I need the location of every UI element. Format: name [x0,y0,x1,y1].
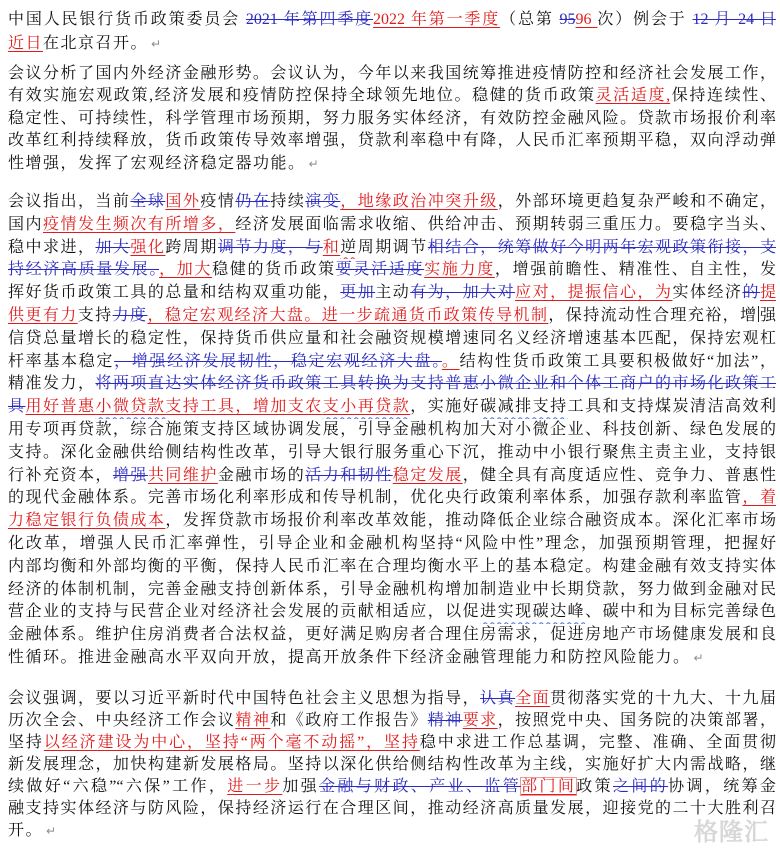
document-line: 坚持以经济建设为中心，坚持“两个毫不动摇”，坚持稳中求进工作总基调，完整、准确、… [8,732,776,754]
tracked-deletion[interactable]: 将两项直达实体经济货币政策工具转换为支持普惠小微企业和个体工商户的市场化政策工 [95,375,776,392]
document-line: 内部均衡和外部均衡的平衡，保持人民币汇率在合理均衡水平上的基本稳定。构建金融有效… [8,556,776,579]
tracked-insertion[interactable]: 稳定发展 [393,467,463,484]
document-line: 营企业的支持与民营企业对经济社会发展的贡献相适应，以促进实现碳达峰、碳中和为目标… [8,601,776,624]
tracked-insertion[interactable]: 灵活适度, [596,87,671,104]
text-run: 坚持 [8,734,44,751]
document-line: 信贷总量增长的稳定性，保持货币供应量和社会融资规模增速同名义经济增速基本匹配，保… [8,328,776,351]
text-run: 保持连续性、 [670,87,776,104]
spellcheck-squiggle[interactable]: 支小再贷款 [323,398,410,415]
tracked-deletion[interactable]: 具 [8,398,26,415]
tracked-deletion[interactable]: 要灵活适度 [336,261,424,278]
text-run: ，保持流动性合理充裕，增 [548,307,757,324]
text-run: 稳中求进工作总基调，完整、准确、全面贯彻 [420,734,776,751]
document-line: 性循环。推进金融高水平双向开放，提高开放条件下经济金融管理能力和防控风险能力。↵ [8,647,776,670]
tracked-insertion[interactable]: ，地缘政治冲突升级 [340,193,497,210]
tracked-insertion[interactable]: 近日 [8,35,43,52]
tracked-insertion[interactable]: 共同维护 [148,467,218,484]
tracked-insertion[interactable]: 支小再贷款 [323,398,410,415]
tracked-insertion[interactable]: ，加大 [159,261,212,278]
text-run: 用专项再贷款，综合施策支持区域协调发展，引导金融机构加大对小微企业、科技创新、绿… [8,421,776,438]
text-run: 和《政府工作报告》 [270,712,427,729]
tracked-insertion[interactable]: 全面 [515,690,550,707]
tracked-deletion[interactable]: 活力和韧性 [305,467,392,484]
tracked-insertion[interactable]: ，稳定宏观经济大盘。进一步疏通货币政策传导机制 [147,307,548,324]
tracked-deletion[interactable]: 有为，加大对 [410,284,515,301]
text-run: 融支持实体经济与防风险，保持经济运行在合理区间，推动经济高质量发展，迎接党的二十… [8,800,776,817]
text-run: 信贷总量增长的稳定性，保持货币供应量和社会融资规模增速同名义经济增速基本匹配，保… [8,330,776,347]
text-run: （总第 [500,11,559,28]
document-line: 续做好“六稳”“六保”工作，进一步加强金融与财政、产业、监管部门间政策之间的协调… [8,776,776,798]
text-run: 新发展理念，加快构建新发展格局。坚持以深化供给侧结构性改革为主线，实施好扩大内需… [8,756,776,773]
tracked-deletion[interactable]: 金融与财政、产业、监管 [319,778,521,795]
text-run: 、碳中和为目标完善绿色 [585,603,776,620]
document-line: 会议强调，要以习近平新时代中国特色社会主义思想为指导，认真全面贯彻落实党的十九大… [8,688,776,710]
text-run: 会议指出，当前 [8,193,130,210]
tracked-insertion[interactable]: 精神 [235,712,270,729]
tracked-insertion[interactable]: 2022 年第一季度 [373,11,500,28]
tracked-deletion[interactable]: 之间的 [613,778,668,795]
paragraph[interactable]: 会议强调，要以习近平新时代中国特色社会主义思想为指导，认真全面贯彻落实党的十九大… [8,688,776,842]
tracked-deletion[interactable]: 力度 [113,307,148,324]
text-run: 主动 [375,284,410,301]
document-line: 国内疫情发生频次有所增多，经济发展面临需求收缩、供给冲击、预期转弱三重压力。要稳… [8,214,776,237]
text-run: 历次全会、中央经济工作会议 [8,712,235,729]
text-run: 协调，统筹金 [668,778,776,795]
document-page: 中国人民银行货币政策委员会 2021 年第四季度2022 年第一季度（总第 95… [0,0,780,851]
text-run: 金融市场的 [218,467,305,484]
text-run: 持续 [270,193,305,210]
tracked-deletion[interactable]: 演变 [305,193,340,210]
tracked-deletion[interactable]: 95 [560,11,576,28]
document-line: 经济的体制机制，完善金融支持创新体系，引导金融机构增加制造业中长期贷款，努力做到… [8,579,776,602]
tracked-insertion[interactable]: 部门间 [521,778,576,795]
document-line: 挥好货币政策工具的总量和结构双重功能，更加主动有为，加大对应对，提振信心，为实体… [8,282,776,305]
document-line: 金融体系。维护住房消费者合法权益，更好满足购房者合理住房需求，促进房地产市场健康… [8,624,776,647]
document-line: 精准发力，将两项直达实体经济货币政策工具转换为支持普惠小微企业和个体工商户的市场… [8,373,776,396]
text-run: ，实施好 [410,398,480,415]
text-run: ，外部环境更趋复杂严峻和不确定， [498,193,776,210]
text-run: 跨周期 [165,239,217,256]
text-run: 加强 [282,778,319,795]
document-line: 供更有力支持力度，稳定宏观经济大盘。进一步疏通货币政策传导机制，保持流动性合理充… [8,305,776,328]
document-line: 会议指出，当前全球国外疫情仍在持续演变，地缘政治冲突升级，外部环境更趋复杂严峻和… [8,191,776,214]
document-line: 的现代金融体系。完善市场化利率形成和传导机制，优化央行政策利率体系，加强存款利率… [8,487,776,510]
paragraph-mark-icon: ↵ [694,651,704,665]
paragraph-mark-icon: ↵ [46,824,56,838]
tracked-deletion[interactable]: 仍在 [235,193,270,210]
tracked-insertion[interactable]: 小微贷款 [95,398,165,415]
tracked-insertion[interactable]: 和 [323,239,341,256]
document-line: 新发展理念，加快构建新发展格局。坚持以深化供给侧结构性改革为主线，实施好扩大内需… [8,754,776,776]
text-run: 贯彻落实党的十九大、十九届 [550,690,776,707]
text-run: 的现代金融体系。完善市场化利率形成和传导机制，优化央行政策利率体系，加强存款利率… [8,489,742,506]
text-run: 稳定性、可持续性，科学管理市场预期，努力服务实体经济，有效防控金融风险。贷款市场… [8,110,776,127]
paragraph-mark-icon: ↵ [309,157,319,171]
tracked-deletion[interactable]: 增强 [113,467,148,484]
spellcheck-squiggle[interactable]: 逆 [340,239,358,256]
text-run: 在北京召开。 [43,35,148,52]
text-run: 化改革，增强人民币汇率弹性，引导企业和金融机构坚持“风险中性”理念，加强预期管理… [8,535,776,552]
text-run: 会议分析了国内外经济金融形势。会议认为，今年以来我国统筹推进疫情防控和经济社会发… [8,65,776,82]
text-run: 内部均衡和外部均衡的平衡，保持人民币汇率在合理均衡水平上的基本稳定。构建金融有效… [8,558,776,575]
tracked-insertion[interactable]: 用好普惠 [26,398,96,415]
document-line: 支持。深化金融供给侧结构性改革，引导大银行服务重心下沉，推动中小银行聚焦主责主业… [8,442,776,465]
text-run: 营企业的支持与民营企业对经济社会发展的贡献相适应，以促 [8,603,480,620]
document-line: 历次全会、中央经济工作会议精神和《政府工作报告》精神要求，按照党中央、国务院的决… [8,710,776,732]
text-run: ，发挥贷款市场报价利率改革效能，推动降低企业综合融资成本。深化汇率市场 [165,512,776,529]
document-line: 具用好普惠小微贷款支持工具，增加支农支小再贷款，实施好碳减排支持工具和支持煤炭清… [8,396,776,419]
tracked-insertion[interactable]: 。 [442,353,460,370]
document-line: 改革红利持续释放，货币政策传导效率增强，贷款利率稳中有降，人民币汇率预期平稳，双… [8,130,776,153]
tracked-deletion[interactable]: 全球 [130,193,165,210]
spellcheck-squiggle[interactable]: 小微贷款 [95,398,165,415]
text-run: 碳减排支持 [480,398,567,415]
text-run: 周期调节 [358,239,428,256]
tracked-insertion[interactable]: 应对，提振信心，为 [515,284,672,301]
tracked-insertion[interactable]: 提 [760,284,776,301]
tracked-insertion[interactable]: 要求 [463,712,498,729]
paragraph-mark-icon: ↵ [151,37,161,51]
text-run: ，按照党中央、国务院的决策部署， [498,712,776,729]
document-line: 稳定性、可持续性，科学管理市场预期，努力服务实体经济，有效防控金融风险。贷款市场… [8,108,776,131]
tracked-deletion[interactable]: 调节力度，与 [218,239,323,256]
text-run: 改革红利持续释放，货币政策传导效率增强，贷款利率稳中有降，人民币汇率预期平稳，双… [8,132,776,149]
tracked-deletion[interactable]: 更加 [340,284,375,301]
document-line: 用专项再贷款，综合施策支持区域协调发展，引导金融机构加大对小微企业、科技创新、绿… [8,419,776,442]
tracked-deletion[interactable]: 相结合，统筹做好今明两年宏观政策衔接，支 [428,239,776,256]
document-line: 杆率基本稳定，增强经济发展韧性，稳定宏观经济大盘。。结构性货币政策工具要积极做好… [8,351,776,374]
text-run: 强 [759,307,776,324]
tracked-deletion[interactable]: 认真 [480,690,515,707]
document-line: 会议分析了国内外经济金融形势。会议认为，今年以来我国统筹推进疫情防控和经济社会发… [8,63,776,86]
document-line: 持经济高质量发展。，加大稳健的货币政策要灵活适度实施力度，增强前瞻性、精准性、自… [8,259,776,282]
text-run: 经济的体制机制，完善金融支持创新体系，引导金融机构增加制造业中长期贷款，努力做到… [8,581,776,598]
tracked-deletion[interactable]: 加大 [95,239,130,256]
spellcheck-squiggle[interactable]: 碳减排支持 [480,398,567,415]
tracked-insertion[interactable]: 国外 [165,193,200,210]
tracked-insertion[interactable]: 支持工具，增加支农 [165,398,322,415]
document-line: 性增强，发挥了宏观经济稳定器功能。↵ [8,153,776,176]
text-run: 稳中求进， [8,239,95,256]
text-run: 性循环。推进金融高水平双向开放，提高开放条件下经济金融管理能力和防控风险能力。 [8,649,691,666]
text-run: 会议强调，要以习近平新时代中国特色社会主义思想为指导， [8,690,480,707]
tracked-insertion[interactable]: 进一步 [227,778,282,795]
tracked-deletion[interactable]: 的 [742,284,760,301]
tracked-deletion[interactable]: 精神 [428,712,463,729]
paragraph[interactable]: 中国人民银行货币政策委员会 2021 年第四季度2022 年第一季度（总第 95… [8,8,776,55]
text-run: ，增强前瞻性、精准性、自主性，发 [495,261,776,278]
tracked-insertion[interactable]: 强化 [130,239,165,256]
tracked-insertion[interactable]: 力稳定银行负债成本 [8,512,165,529]
text-run: 开。 [8,822,43,839]
tracked-deletion[interactable]: 持经济高质量发展。 [8,261,159,278]
document-line: 稳中求进，加大强化跨周期调节力度，与和逆周期调节相结合，统筹做好今明两年宏观政策… [8,237,776,260]
document-line: 融支持实体经济与防风险，保持经济运行在合理区间，推动经济高质量发展，迎接党的二十… [8,798,776,820]
text-run: 疫情 [200,193,235,210]
text-run: 稳健的货币政策 [212,261,336,278]
tracked-insertion[interactable]: 供更有力 [8,307,78,324]
text-run: ，健全具有高度适应性、竞争力、普惠性 [463,467,776,484]
tracked-insertion[interactable]: ，着 [742,489,776,506]
document-line: 化改革，增强人民币汇率弹性，引导企业和金融机构坚持“风险中性”理念，加强预期管理… [8,533,776,556]
document-line: 中国人民银行货币政策委员会 2021 年第四季度2022 年第一季度（总第 95… [8,8,776,31]
text-run: 挥好货币政策工具的总量和结构双重功能， [8,284,340,301]
spellcheck-squiggle[interactable]: 进实现碳达峰 [480,603,585,620]
tracked-deletion[interactable]: 2021 年第四季度 [246,11,373,28]
text-run: 国内 [8,216,43,233]
tracked-insertion[interactable]: 实施力度 [424,261,495,278]
text-run: 性增强，发挥了宏观经济稳定器功能。 [8,155,306,172]
tracked-insertion[interactable]: 以经济建设为中心，坚持“两个毫不动摇”，坚持 [44,734,420,751]
text-run: 续做好“六稳”“六保”工作， [8,778,227,795]
text-run: 经济发展面临需求收缩、供给冲击、预期转弱三重压力。要稳字当头、 [235,216,776,233]
text-run: 支持。深化金融供给侧结构性改革，引导大银行服务重心下沉，推动中小银行聚焦主责主业… [8,444,776,461]
paragraph[interactable]: 会议分析了国内外经济金融形势。会议认为，今年以来我国统筹推进疫情防控和经济社会发… [8,63,776,176]
tracked-deletion[interactable]: 12 月 24 日 [693,11,776,28]
text-run: 实体经济 [673,284,743,301]
tracked-deletion[interactable]: ，增强经济发展韧性，稳定宏观经济大盘。 [114,353,442,370]
document-line: 力稳定银行负债成本，发挥贷款市场报价利率改革效能，推动降低企业综合融资成本。深化… [8,510,776,533]
document-line: 开。↵ [8,820,776,842]
text-run: 杆率基本稳定 [8,353,114,370]
text-run: 进实现碳达峰 [480,603,585,620]
tracked-insertion[interactable]: 疫情发生频次有所增多， [43,216,235,233]
text-run: 支持 [78,307,113,324]
text-run: 工具和支持煤炭清洁高效利 [568,398,776,415]
text-run: 行补充资本， [8,467,113,484]
document-line: 行补充资本，增强共同维护金融市场的活力和韧性稳定发展，健全具有高度适应性、竞争力… [8,465,776,488]
tracked-insertion[interactable]: 96 [576,11,598,28]
text-run: 结构性货币政策工具要积极做好“加法”， [460,353,776,370]
text-run: 逆 [340,239,358,256]
text-run: 有效实施宏观政策,经济发展和疫情防控保持全球领先地位。稳健的货币政策 [8,87,596,104]
document-line: 有效实施宏观政策,经济发展和疫情防控保持全球领先地位。稳健的货币政策灵活适度,保… [8,85,776,108]
document-line: 近日在北京召开。↵ [8,32,776,55]
text-run: 次）例会于 [597,11,692,28]
text-run: 政策 [576,778,613,795]
paragraph[interactable]: 会议指出，当前全球国外疫情仍在持续演变，地缘政治冲突升级，外部环境更趋复杂严峻和… [8,191,776,670]
text-run: 中国人民银行货币政策委员会 [8,11,246,28]
text-run: 精准发力， [8,375,95,392]
text-run: 金融体系。维护住房消费者合法权益，更好满足购房者合理住房需求，促进房地产市场健康… [8,626,776,643]
